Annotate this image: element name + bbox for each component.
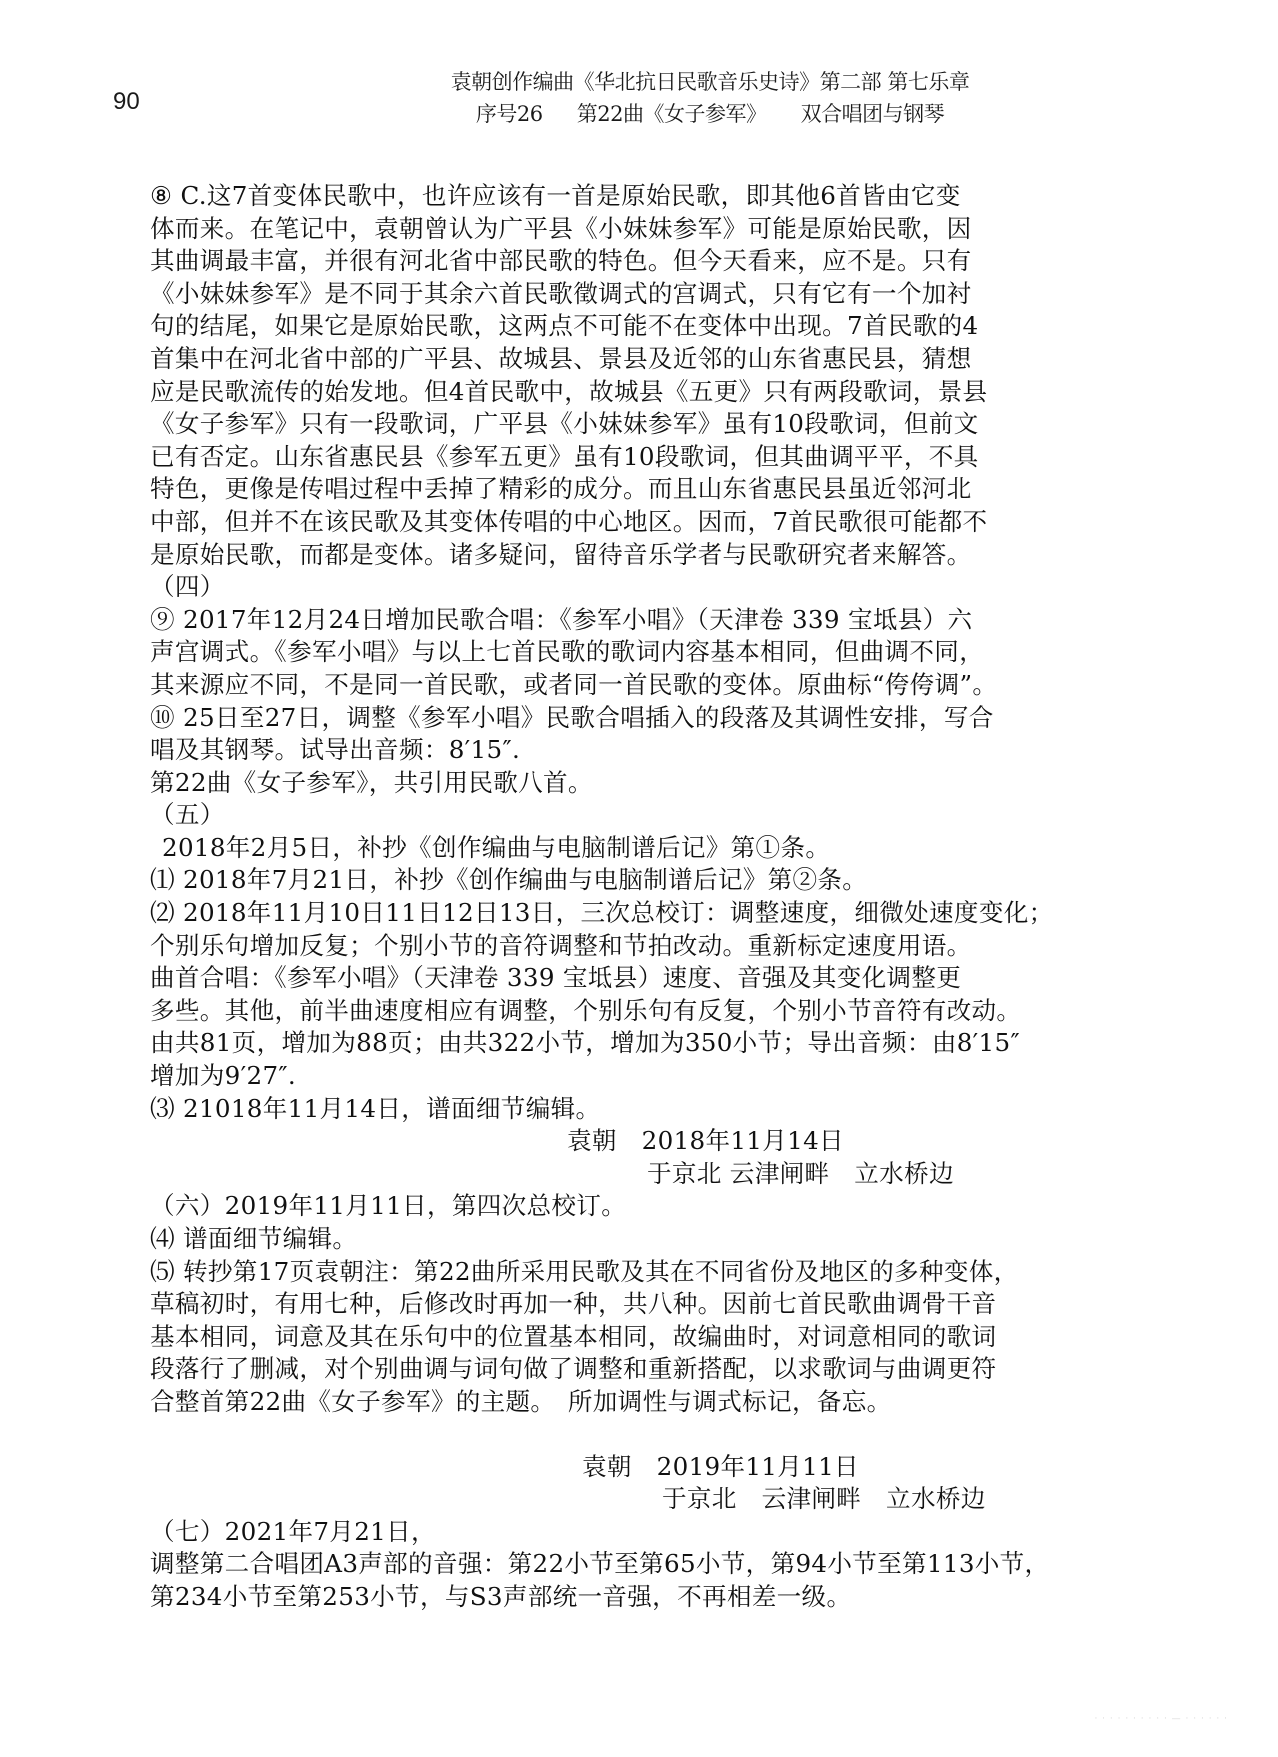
text-line: 2018年2月5日，补抄《创作编曲与电脑制谱后记》第①条。 xyxy=(150,832,1115,865)
text-line: 第234小节至第253小节，与S3声部统一音强，不再相差一级。 xyxy=(150,1581,1115,1614)
text-line: 合整首第22曲《女子参军》的主题。 所加调性与调式标记，备忘。 xyxy=(150,1386,1115,1419)
text-line: 曲首合唱：《参军小唱》（天津卷 339 宝坻县）速度、音强及其变化调整更 xyxy=(150,962,1115,995)
text-line: 已有否定。山东省惠民县《参军五更》虽有10段歌词，但其曲调平平，不具 xyxy=(150,441,1115,474)
document-body: ⑧ C.这7首变体民歌中，也许应该有一首是原始民歌，即其他6首皆由它变 体而来。… xyxy=(150,180,1115,1614)
text-line: 个别乐句增加反复；个别小节的音符调整和节拍改动。重新标定速度用语。 xyxy=(150,930,1115,963)
text-line: 应是民歌流传的始发地。但4首民歌中，故城县《五更》只有两段歌词，景县 xyxy=(150,376,1115,409)
header-sequence: 序号26 xyxy=(476,102,543,126)
text-line: ⑵ 2018年11月10日11日12日13日，三次总校订：调整速度，细微处速度变… xyxy=(150,897,1115,930)
header-subtitle: 序号26 第22曲《女子参军》 双合唱团与钢琴 xyxy=(380,98,1040,130)
header-piece: 第22曲《女子参军》 xyxy=(577,102,767,126)
text-line: ⑨ 2017年12月24日增加民歌合唱：《参军小唱》（天津卷 339 宝坻县）六 xyxy=(150,604,1115,637)
text-line: 调整第二合唱团A3声部的音强：第22小节至第65小节，第94小节至第113小节， xyxy=(150,1548,1115,1581)
section-heading-7: （七）2021年7月21日， xyxy=(150,1516,1115,1549)
signature-location: 于京北 云津闸畔 立水桥边 xyxy=(150,1158,1115,1191)
signature-location: 于京北 云津闸畔 立水桥边 xyxy=(150,1483,1115,1516)
text-line: 由共81页，增加为88页；由共322小节，增加为350小节；导出音频：由8′15… xyxy=(150,1027,1115,1060)
text-line: 唱及其钢琴。试导出音频：8′15″. xyxy=(150,734,1115,767)
text-line: ⑩ 25日至27日，调整《参军小唱》民歌合唱插入的段落及其调性安排，写合 xyxy=(150,702,1115,735)
text-line: 句的结尾，如果它是原始民歌，这两点不可能不在变体中出现。7首民歌的4 xyxy=(150,310,1115,343)
text-line: 其来源应不同，不是同一首民歌，或者同一首民歌的变体。原曲标“侉侉调”。 xyxy=(150,669,1115,702)
text-line: 首集中在河北省中部的广平县、故城县、景县及近邻的山东省惠民县，猜想 xyxy=(150,343,1115,376)
header-title: 袁朝创作编曲《华北抗日民歌音乐史诗》第二部 第七乐章 xyxy=(380,66,1040,98)
section-heading-5: （五） xyxy=(150,799,1115,832)
text-line: 基本相同，词意及其在乐句中的位置基本相同，故编曲时，对词意相同的歌词 xyxy=(150,1321,1115,1354)
text-line: ⑧ C.这7首变体民歌中，也许应该有一首是原始民歌，即其他6首皆由它变 xyxy=(150,180,1115,213)
spacer xyxy=(150,1419,1115,1451)
text-line: 特色，更像是传唱过程中丢掉了精彩的成分。而且山东省惠民县虽近邻河北 xyxy=(150,473,1115,506)
text-line: 声宫调式。《参军小唱》与以上七首民歌的歌词内容基本相同，但曲调不同， xyxy=(150,636,1115,669)
section-heading-6: （六）2019年11月11日，第四次总校订。 xyxy=(150,1190,1115,1223)
text-line: ⑷ 谱面细节编辑。 xyxy=(150,1223,1115,1256)
text-line: 是原始民歌，而都是变体。诸多疑问，留待音乐学者与民歌研究者来解答。 xyxy=(150,539,1115,572)
text-line: 多些。其他，前半曲速度相应有调整，个别乐句有反复，个别小节音符有改动。 xyxy=(150,995,1115,1028)
text-line: 体而来。在笔记中，袁朝曾认为广平县《小妹妹参军》可能是原始民歌，因 xyxy=(150,213,1115,246)
section-heading-4: （四） xyxy=(150,571,1115,604)
text-line: ⑶ 21018年11月14日，谱面细节编辑。 xyxy=(150,1093,1115,1126)
running-header: 袁朝创作编曲《华北抗日民歌音乐史诗》第二部 第七乐章 序号26 第22曲《女子参… xyxy=(380,66,1040,130)
text-line: ⑸ 转抄第17页袁朝注：第22曲所采用民歌及其在不同省份及地区的多种变体， xyxy=(150,1256,1115,1289)
text-line: 《女子参军》只有一段歌词，广平县《小妹妹参军》虽有10段歌词，但前文 xyxy=(150,408,1115,441)
text-line: 增加为9′27″. xyxy=(150,1060,1115,1093)
text-line: 段落行了删减，对个别曲调与词句做了调整和重新搭配，以求歌词与曲调更符 xyxy=(150,1353,1115,1386)
page-number: 90 xyxy=(113,88,140,116)
text-line: 中部，但并不在该民歌及其变体传唱的中心地区。因而，7首民歌很可能都不 xyxy=(150,506,1115,539)
watermark: · · · · · · · · · · — · · · · · · xyxy=(1094,1714,1228,1724)
text-line: 草稿初时，有用七种，后修改时再加一种，共八种。因前七首民歌曲调骨干音 xyxy=(150,1288,1115,1321)
signature-author-date: 袁朝 2018年11月14日 xyxy=(150,1125,1115,1158)
signature-author-date: 袁朝 2019年11月11日 xyxy=(150,1451,1115,1484)
text-line: 《小妹妹参军》是不同于其余六首民歌徵调式的宫调式，只有它有一个加衬 xyxy=(150,278,1115,311)
header-ensemble: 双合唱团与钢琴 xyxy=(801,102,945,126)
text-line: ⑴ 2018年7月21日，补抄《创作编曲与电脑制谱后记》第②条。 xyxy=(150,864,1115,897)
text-line: 第22曲《女子参军》，共引用民歌八首。 xyxy=(150,767,1115,800)
text-line: 其曲调最丰富，并很有河北省中部民歌的特色。但今天看来，应不是。只有 xyxy=(150,245,1115,278)
